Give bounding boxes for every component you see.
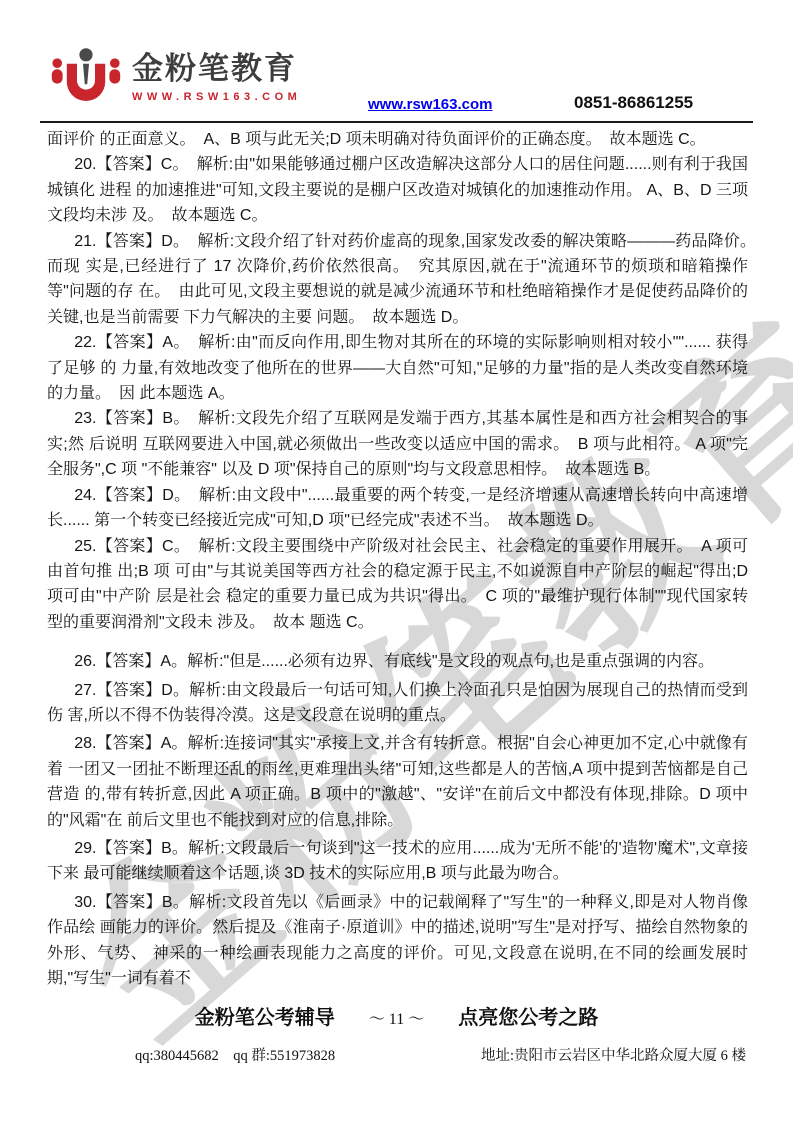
answer-explanations: 面评价 的正面意义。 A、B 项与此无关;D 项未明确对待负面评价的正确态度。 … [47, 127, 748, 991]
qq-contact: qq:380445682 qq 群:551973828 [135, 1044, 335, 1065]
logo-text-block: 金粉笔教育 WWW.RSW163.COM [132, 44, 301, 103]
footer-slogan: 点亮您公考之路 [458, 1007, 598, 1029]
continuation-line: 面评价 的正面意义。 A、B 项与此无关;D 项未明确对待负面评价的正确态度。 … [47, 127, 748, 152]
phone-number: 0851-86861255 [574, 93, 693, 113]
website-link[interactable]: www.rsw163.com [368, 96, 493, 113]
company-logo: 金粉笔教育 WWW.RSW163.COM [50, 44, 301, 115]
company-address: 地址:贵阳市云岩区中华北路众厦大厦 6 楼 [481, 1044, 746, 1065]
answer-paragraph-24: 24.【答案】D。 解析:由文段中"......最重要的两个转变,一是经济增速从… [47, 483, 748, 534]
answer-paragraph-28: 28.【答案】A。解析:连接词"其实"承接上文,并含有转折意。根据"自会心神更加… [47, 731, 748, 833]
logo-title: 金粉笔教育 [132, 52, 301, 86]
footer-banner: 金粉笔公考辅导～ 11 ～点亮您公考之路 [0, 1001, 793, 1030]
answer-paragraph-27: 27.【答案】D。解析:由文段最后一句话可知,人们换上冷面孔只是怕因为展现自己的… [47, 678, 748, 729]
answer-paragraph-29: 29.【答案】B。解析:文段最后一句谈到"这一技术的应用......成为'无所不… [47, 836, 748, 887]
answer-paragraph-26: 26.【答案】A。解析:"但是......必须有边界、有底线"是文段的观点句,也… [47, 649, 748, 674]
page-number: ～ 11 ～ [369, 1011, 424, 1028]
answer-paragraph-22: 22.【答案】A。 解析:由"而反向作用,即生物对其所在的环境的实际影响则相对较… [47, 330, 748, 406]
document-page: 金粉笔教育 金粉笔 [0, 0, 793, 1122]
answer-paragraph-25: 25.【答案】C。 解析:文段主要围绕中产阶级对社会民主、社会稳定的重要作用展开… [47, 534, 748, 636]
footer-brand: 金粉笔公考辅导 [195, 1007, 335, 1029]
answer-paragraph-21: 21.【答案】D。 解析:文段介绍了针对药价虚高的现象,国家发改委的解决策略——… [47, 229, 748, 331]
logo-subtitle: WWW.RSW163.COM [132, 91, 301, 103]
answer-paragraph-23: 23.【答案】B。 解析:文段先介绍了互联网是发端于西方,其基本属性是和西方社会… [47, 406, 748, 482]
answer-paragraph-30: 30.【答案】B。解析:文段首先以《后画录》中的记载阐释了"写生"的一种释义,即… [47, 890, 748, 992]
answer-paragraph-20: 20.【答案】C。 解析:由"如果能够通过棚户区改造解决这部分人口的居住问题..… [47, 152, 748, 228]
people-u-logo-icon [50, 44, 122, 115]
header-divider [40, 121, 753, 123]
